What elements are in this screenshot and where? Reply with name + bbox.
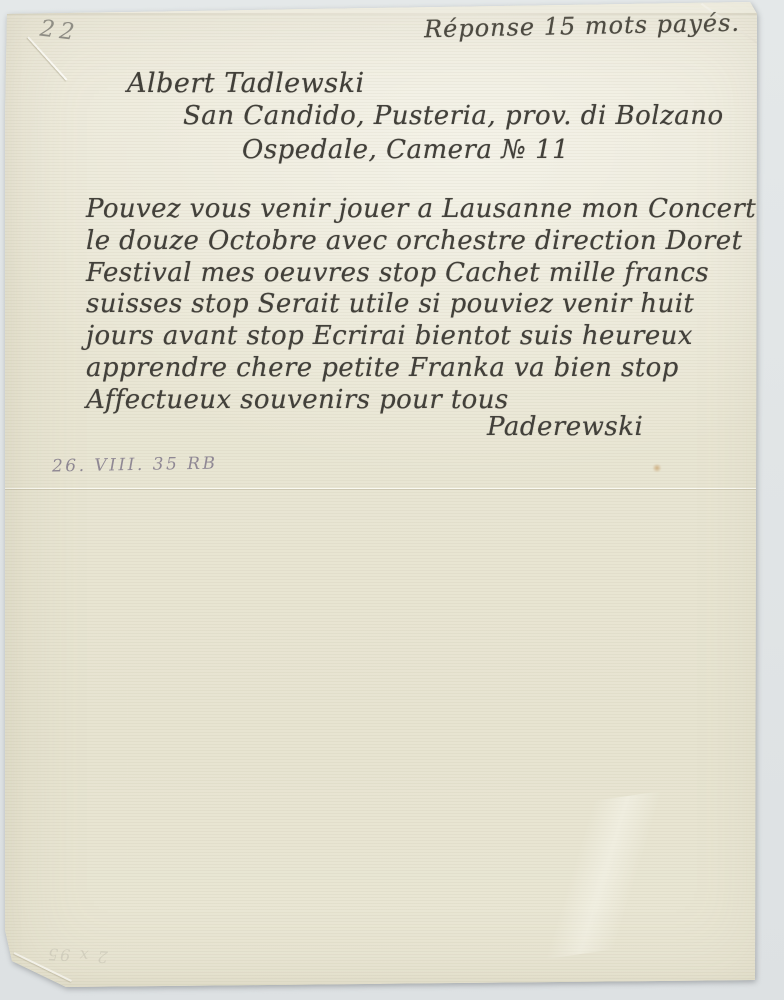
page-number-pencil: 22: [39, 16, 81, 47]
middle-fold-crease: [0, 488, 784, 491]
archival-date-note: 26. VIII. 35 RB: [52, 454, 218, 477]
scanned-letter-page: 22 Réponse 15 mots payés. Albert Tadlews…: [0, 0, 784, 1000]
message-line: Affectueux souvenirs pour tous: [86, 385, 772, 417]
faint-pencil-mark: 2 x 95: [46, 944, 109, 966]
message-line: le douze Octobre avec orchestre directio…: [86, 226, 772, 258]
address-line-name: Albert Tadlewski: [127, 68, 365, 99]
message-line: Festival mes oeuvres stop Cachet mille f…: [86, 258, 772, 290]
bottom-right-crease-sheen: [455, 781, 753, 969]
address-line-place: San Candido, Pusteria, prov. di Bolzano: [183, 101, 724, 131]
message-line: jours avant stop Ecrirai bientot suis he…: [86, 321, 772, 353]
reply-note: Réponse 15 mots payés.: [424, 9, 741, 44]
message-line: apprendre chere petite Franka va bien st…: [86, 353, 772, 385]
signature: Paderewski: [487, 412, 643, 442]
address-line-room: Ospedale, Camera № 11: [242, 135, 569, 165]
paper-shadow-wrap: 22 Réponse 15 mots payés. Albert Tadlews…: [0, 0, 784, 1000]
paper-sheet: 22 Réponse 15 mots payés. Albert Tadlews…: [0, 0, 784, 1000]
foxing-spot: [652, 464, 662, 472]
message-line: Pouvez vous venir jouer a Lausanne mon C…: [86, 194, 772, 226]
message-line: suisses stop Serait utile si pouviez ven…: [86, 289, 772, 321]
message-body: Pouvez vous venir jouer a Lausanne mon C…: [86, 194, 772, 417]
